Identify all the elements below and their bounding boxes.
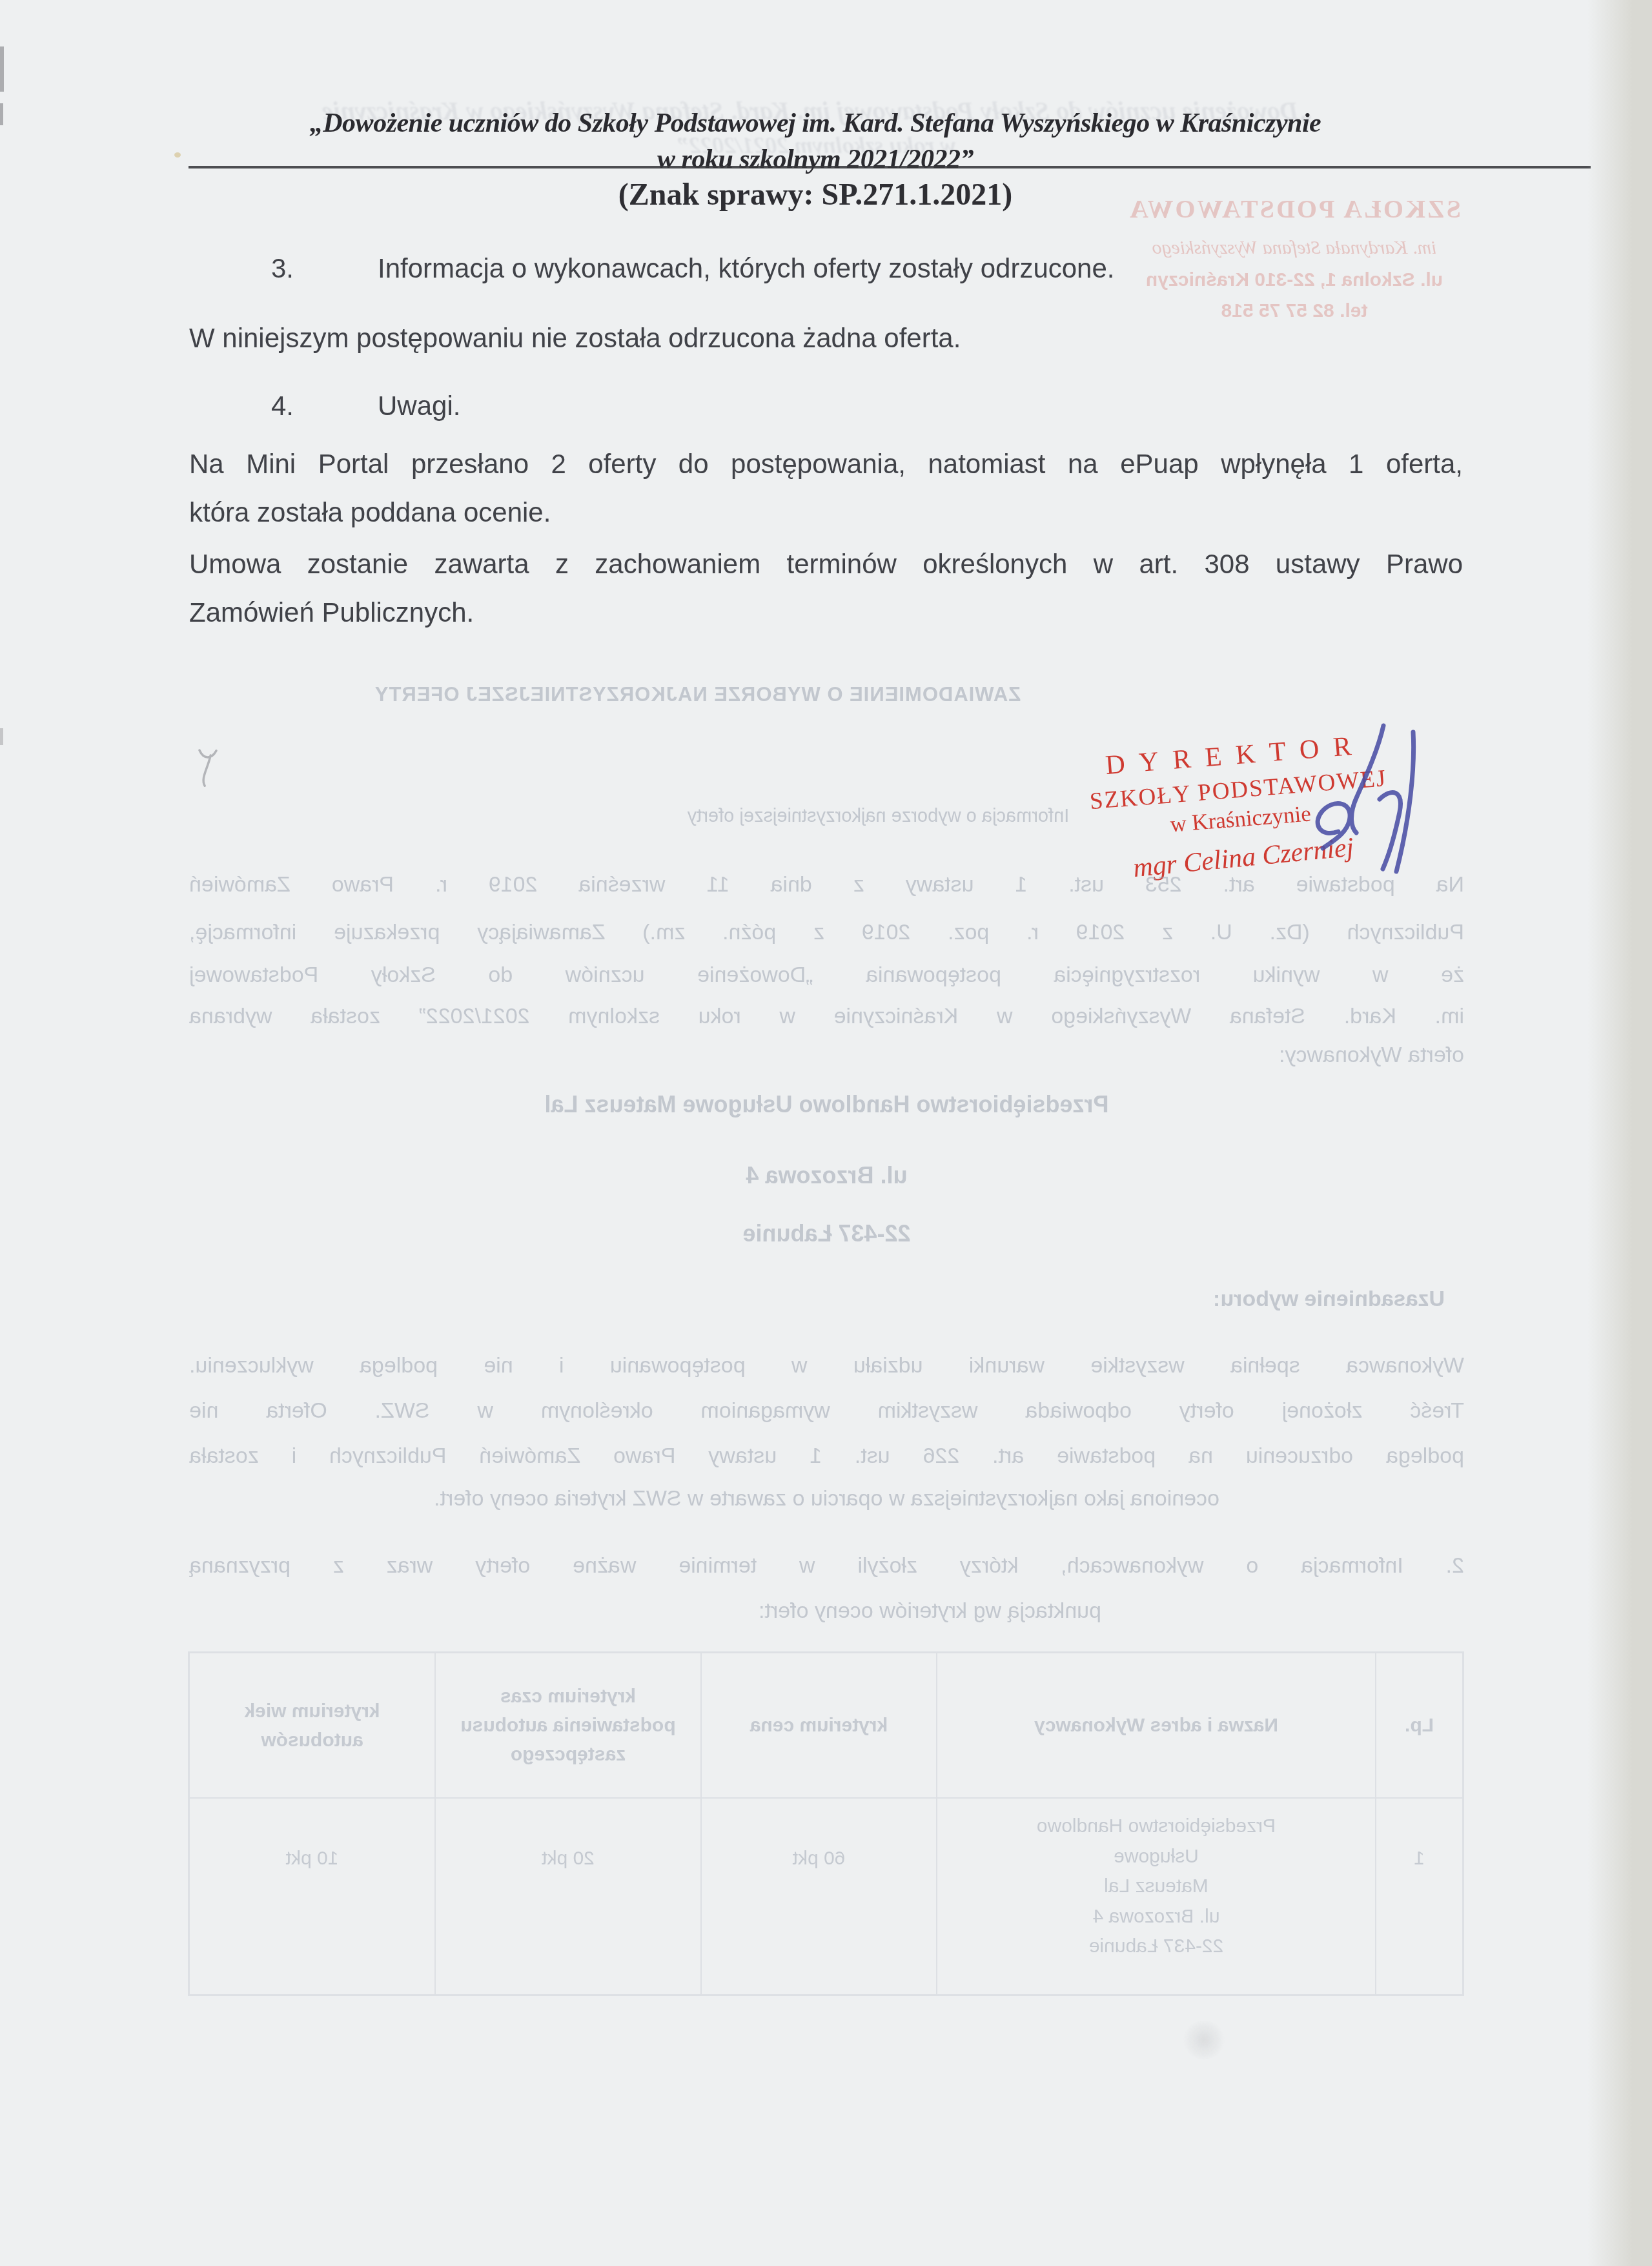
bleed-para2-line4: oceniona jako najkorzystniejsza w oparci…: [189, 1487, 1464, 1509]
bleed-table-cell-wiek: 10 pkt: [189, 1798, 435, 1995]
bleed-table-header-czas: kryterium czas podstawienia autobusu zas…: [435, 1653, 701, 1798]
scanned-document-page: „Dowożenie uczniów do Szkoły Podstawowej…: [0, 0, 1652, 2266]
list-item-3-number: 3.: [271, 255, 294, 282]
bleed-uzasadnienie-label: Uzasadnienie wyboru:: [1213, 1288, 1445, 1310]
bleed-table-header-cena: kryterium cena: [701, 1653, 937, 1798]
bleed-school-stamp-patron: im. Kardynała Stefana Wyszyńskiego: [1046, 237, 1543, 259]
list-item-4-number: 4.: [271, 393, 294, 420]
scan-edge-shadow: [1587, 0, 1652, 2266]
bleed-table-cell-czas: 20 pkt: [435, 1798, 701, 1995]
item-3-note: W niniejszym postępowaniu nie została od…: [189, 325, 961, 352]
scan-speck: [0, 728, 3, 745]
bleed-item2-line1: 2. Informacja o wykonawcach, którzy złoż…: [189, 1555, 1464, 1577]
bleed-table-cell-lp: 1: [1376, 1798, 1463, 1995]
bleed-school-stamp-address: ul. Szkolna 1, 22-310 Kraśniczyn: [1046, 269, 1543, 291]
document-header: „Dowożenie uczniów do Szkoły Podstawowej…: [189, 110, 1442, 173]
bleed-table-name-line: Usługowe: [1114, 1842, 1199, 1872]
bleed-school-stamp: SZKOŁA PODSTAWOWA im. Kardynała Stefana …: [1046, 194, 1543, 322]
case-reference: (Znak sprawy: SP.271.1.2021): [189, 177, 1442, 212]
bleed-table-name-line: 22-437 Łabunie: [1089, 1932, 1224, 1962]
bleed-company-name: Przedsiębiorstwo Handlowo Usługowe Mateu…: [189, 1091, 1464, 1118]
header-rule: [189, 166, 1591, 168]
bleed-para1-line4: im. Kard. Stefana Wyszyńskiego w Kraśnic…: [189, 1005, 1464, 1027]
bleed-company-city: 22-437 Łabunie: [189, 1220, 1464, 1247]
list-item-4-text: Uwagi.: [378, 393, 460, 420]
paper-fleck: [174, 152, 181, 158]
bleed-para1-line5: oferta Wykonawcy:: [1279, 1044, 1464, 1066]
bleed-table-header-wiek: kryterium wiek autobusów: [189, 1653, 435, 1798]
bleed-table-cell-cena: 60 pkt: [701, 1798, 937, 1995]
bleed-para2-line2: Treść złożonej oferty odpowiada wszystki…: [189, 1400, 1464, 1422]
bleed-item2-line2: punktacją wg kryteriów oceny ofert:: [292, 1600, 1567, 1622]
document-title-line2: w roku szkolnym 2021/2022”: [189, 146, 1442, 173]
bleed-table-header-name: Nazwa i adres Wykonawcy: [937, 1653, 1376, 1798]
bleed-table-cell-name: Przedsiębiorstwo Handlowo Usługowe Mateu…: [937, 1798, 1376, 1995]
paragraph-umowa-line1: Umowa zostanie zawarta z zachowaniem ter…: [189, 551, 1463, 578]
paragraph-miniportal-line2: która została poddana ocenie.: [189, 499, 551, 526]
bleed-para1-line1: Na podstawie art. 253 ust. 1 ustawy z dn…: [189, 873, 1464, 895]
bleed-table: Lp. Nazwa i adres Wykonawcy kryterium ce…: [188, 1651, 1464, 1996]
bleed-table-name-line: Przedsiębiorstwo Handlowo: [1037, 1812, 1276, 1842]
bleed-para2-line1: Wykonawca spełnia wszystkie warunki udzi…: [189, 1354, 1464, 1376]
scan-smudge: [1181, 2021, 1227, 2059]
scan-speck: [0, 46, 4, 92]
bleed-table-name-line: Mateusz Lal: [1104, 1872, 1208, 1902]
bleed-notice-title: ZAWIADOMIENIE O WYBORZE NAJKORZYSTNIEJSZ…: [60, 683, 1335, 706]
bleed-back-page: ZAWIADOMIENIE O WYBORZE NAJKORZYSTNIEJSZ…: [189, 671, 1464, 2040]
bleed-para1-line3: że w wyniku rozstrzygnięcia postępowania…: [189, 964, 1464, 986]
bleed-notice-subtitle: Informacja o wyborze najkorzystniejszej …: [241, 806, 1516, 827]
paragraph-miniportal-line1: Na Mini Portal przesłano 2 oferty do pos…: [189, 451, 1463, 478]
bleed-table-header-lp: Lp.: [1376, 1653, 1463, 1798]
bleed-para2-line3: podlega odrzuceniu na podstawie art. 226…: [189, 1445, 1464, 1467]
scan-speck: [0, 103, 3, 125]
document-title-line1: „Dowożenie uczniów do Szkoły Podstawowej…: [189, 110, 1442, 137]
bleed-company-street: ul. Brzozowa 4: [189, 1162, 1464, 1189]
bleed-school-stamp-phone: tel. 82 57 75 518: [1046, 300, 1543, 322]
paragraph-umowa-line2: Zamówień Publicznych.: [189, 599, 474, 626]
list-item-3-text: Informacja o wykonawcach, których oferty…: [378, 255, 1115, 282]
bleed-table-name-line: ul. Brzozowa 4: [1093, 1902, 1220, 1932]
bleed-para1-line2: Publicznych (Dz. U. z 2019 r. poz. 2019 …: [189, 921, 1464, 943]
